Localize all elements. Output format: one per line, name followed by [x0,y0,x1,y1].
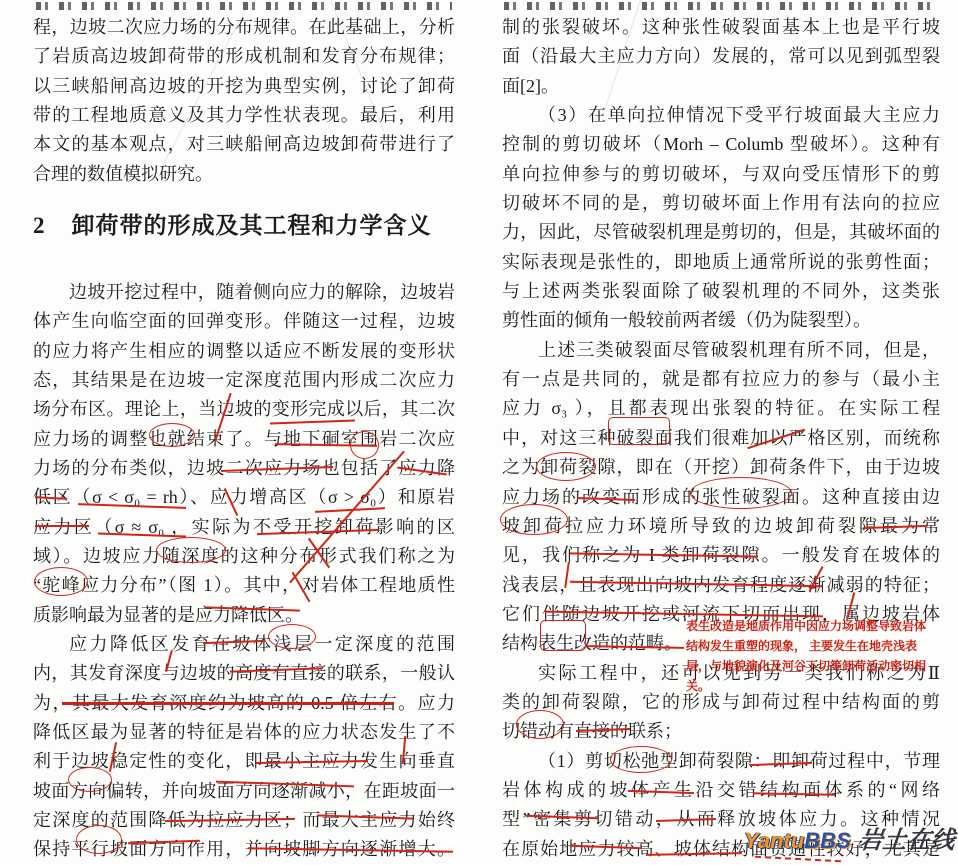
body-text-line: 切错动有直接的联系； [502,717,940,746]
section-number: 2 [33,213,46,238]
body-text-line: 制的张裂破坏。这种张性破裂面基本上也是平行坡 [502,13,940,42]
body-text-line: 域）。边坡应力随深度的这种分布形式我们称之为 [33,542,455,571]
clipped-text-row [36,2,452,10]
watermark: YantuBBS岩土在线 [744,820,955,855]
body-paragraph-1: 边坡开挖过程中，随着侧向应力的解除，边坡岩体产生向临空面的回弹变形。伴随这一过程… [33,278,455,630]
watermark-yantu-text: Yantu [744,828,804,853]
body-text-line: 体产生向临空面的回弹变形。伴随这一过程，边坡 [33,307,455,336]
abstract-line: 本文的基本观点，对三峡船闸高边坡卸荷带进行了 [33,130,455,159]
body-text-line: 力，因此，尽管破裂机理是剪切的，但是，其破坏面的 [502,218,940,247]
body-text-line: 的应力将产生相应的调整以适应不断发展的变形状 [33,337,455,366]
body-text-line: 态，其结果是在边坡一定深度范围内形成二次应力 [33,366,455,395]
body-text-line: 见，我们称之为 I 类卸荷裂隙。一般发育在坡体的 [502,541,940,570]
body-text-line: 浅表层，且表现出向坡内发育程度逐渐减弱的特征； [502,571,940,600]
body-text-line: 应力区（σ ≈ σ₀ ，实际为不受开挖卸荷影响的区 [33,513,455,542]
body-text-line: 质影响最为显著的是应力降低区。 [33,601,455,630]
body-text-line: 面（沿最大主应力方向）发展的，常可以见到弧型裂 [502,42,940,71]
body-paragraph-2: 应力降低区发育在坡体浅层一定深度的范围内，其发育深度与边坡的高度有直接的联系，一… [33,630,455,865]
watermark-bbs-text: BBS [804,828,850,853]
body-text-line: 低区（σ < σ₀ = rh）、应力增高区（σ > σ₀）和原岩 [33,483,455,512]
body-text-line: 定深度的范围降低为拉应力区；而最大主应力始终 [33,806,455,835]
abstract-paragraph: 程，边坡二次应力场的分布规律。在此基础上，分析了岩质高边坡卸荷带的形成机制和发育… [33,13,455,189]
abstract-line: 合理的数值模拟研究。 [33,160,455,189]
margin-note-line: 结构发生重塑的现象， 主要发生在地壳浅表 [686,637,946,657]
body-text-line: 实际表现是张性的，即地质上通常所说的张剪性面； [502,248,940,277]
right-column-text: 制的张裂破坏。这种张性破裂面基本上也是平行坡面（沿最大主应力方向）发展的，常可以… [502,13,940,864]
body-text-line: 应力降低区发育在坡体浅层一定深度的范围 [33,630,455,659]
body-text-line: 单向拉伸参与的剪切破坏，与双向受压情形下的剪 [502,160,940,189]
body-text-line: 与上述两类张裂面除了破裂机理的不同外，这类张 [502,277,940,306]
margin-note-line: 表生改造是地质作用中因应力场调整导致岩体 [686,617,946,637]
body-text-line: 内，其发育深度与边坡的高度有直接的联系，一般认 [33,659,455,688]
body-text-line: 为，其最大发育深度约为坡高的 0.5 倍左右。应力 [33,689,455,718]
section-title: 卸荷带的形成及其工程和力学含义 [72,213,432,238]
body-text-line: 上述三类破裂面尽管破裂机理有所不同，但是， [502,336,940,365]
watermark-chinese-text: 岩土在线 [857,820,957,855]
body-text-line: 剪性面的倾角一般较前两者缓（仍为陡裂型）。 [502,306,940,335]
body-text-line: 力场的分布类似，边坡二次应力场也包括了应力降 [33,454,455,483]
margin-note-line: 关。 [686,677,946,697]
abstract-line: 程，边坡二次应力场的分布规律。在此基础上，分析 [33,13,455,42]
body-text-line: 之为卸荷裂隙，即在（开挖）卸荷条件下，由于边坡 [502,453,940,482]
body-text-line: 面[2]。 [502,72,940,101]
body-text-line: （1）剪切松弛型卸荷裂隙：即卸荷过程中，节理 [502,747,940,776]
body-text-line: 坡卸荷拉应力环境所导致的边坡卸荷裂隙最为常 [502,512,940,541]
scanned-paper-page: 程，边坡二次应力场的分布规律。在此基础上，分析了岩质高边坡卸荷带的形成机制和发育… [0,0,958,865]
body-text-line: 控制的剪切破坏（Morh – Columb 型破坏）。这种有 [502,130,940,159]
body-text-line: 场分布区。理论上，当边坡的变形完成以后，其二次 [33,395,455,424]
body-text-line: 应力 σ₃ ），且都表现出张裂的特征。在实际工程 [502,394,940,423]
clipped-text-row [504,2,938,10]
red-margin-note: 表生改造是地质作用中因应力场调整导致岩体结构发生重塑的现象， 主要发生在地壳浅表… [686,617,946,697]
body-text-line: 岩体构成的坡体产生沿交错结构面体系的“网络 [502,776,940,805]
abstract-line: 带的工程地质意义及其力学性状表现。最后，利用 [33,101,455,130]
abstract-line: 以三峡船闸高边坡的开挖为典型实例，讨论了卸荷 [33,72,455,101]
body-text-line: 利于边坡稳定性的变化，即最小主应力发生向垂直 [33,747,455,776]
body-text-line: 坡面方向偏转，并向坡面方向逐渐减小，在距坡面一 [33,777,455,806]
body-text-line: 保持平行坡面方向作用，并向坡脚方向逐渐增大。 [33,835,455,864]
body-text-line: 降低区最为显著的特征是岩体的应力状态发生了不 [33,718,455,747]
abstract-line: 了岩质高边坡卸荷带的形成机制和发育分布规律； [33,42,455,71]
body-text-line: 边坡开挖过程中，随着侧向应力的解除，边坡岩 [33,278,455,307]
margin-note-line: 层，与地貌演化及河谷下切等卸荷活动密切相 [686,657,946,677]
body-text-line: 应力场的调整也就结束了。与地下硐室围岩二次应 [33,425,455,454]
body-text-line: 有一点是共同的，就是都有拉应力的参与（最小主 [502,365,940,394]
section-heading: 2卸荷带的形成及其工程和力学含义 [33,207,455,240]
body-text-line: （3）在单向拉伸情况下受平行坡面最大主应力 [502,101,940,130]
body-text-line: 中，对这三种破裂面我们很难加以严格区别，而统称 [502,424,940,453]
body-text-line: “驼峰应力分布”（图 1）。其中，对岩体工程地质性 [33,571,455,600]
body-text-line: 应力场的改变而形成的张性破裂面。这种直接由边 [502,483,940,512]
body-text-line: 切破坏不同的是，剪切破坏面上作用有法向的拉应 [502,189,940,218]
